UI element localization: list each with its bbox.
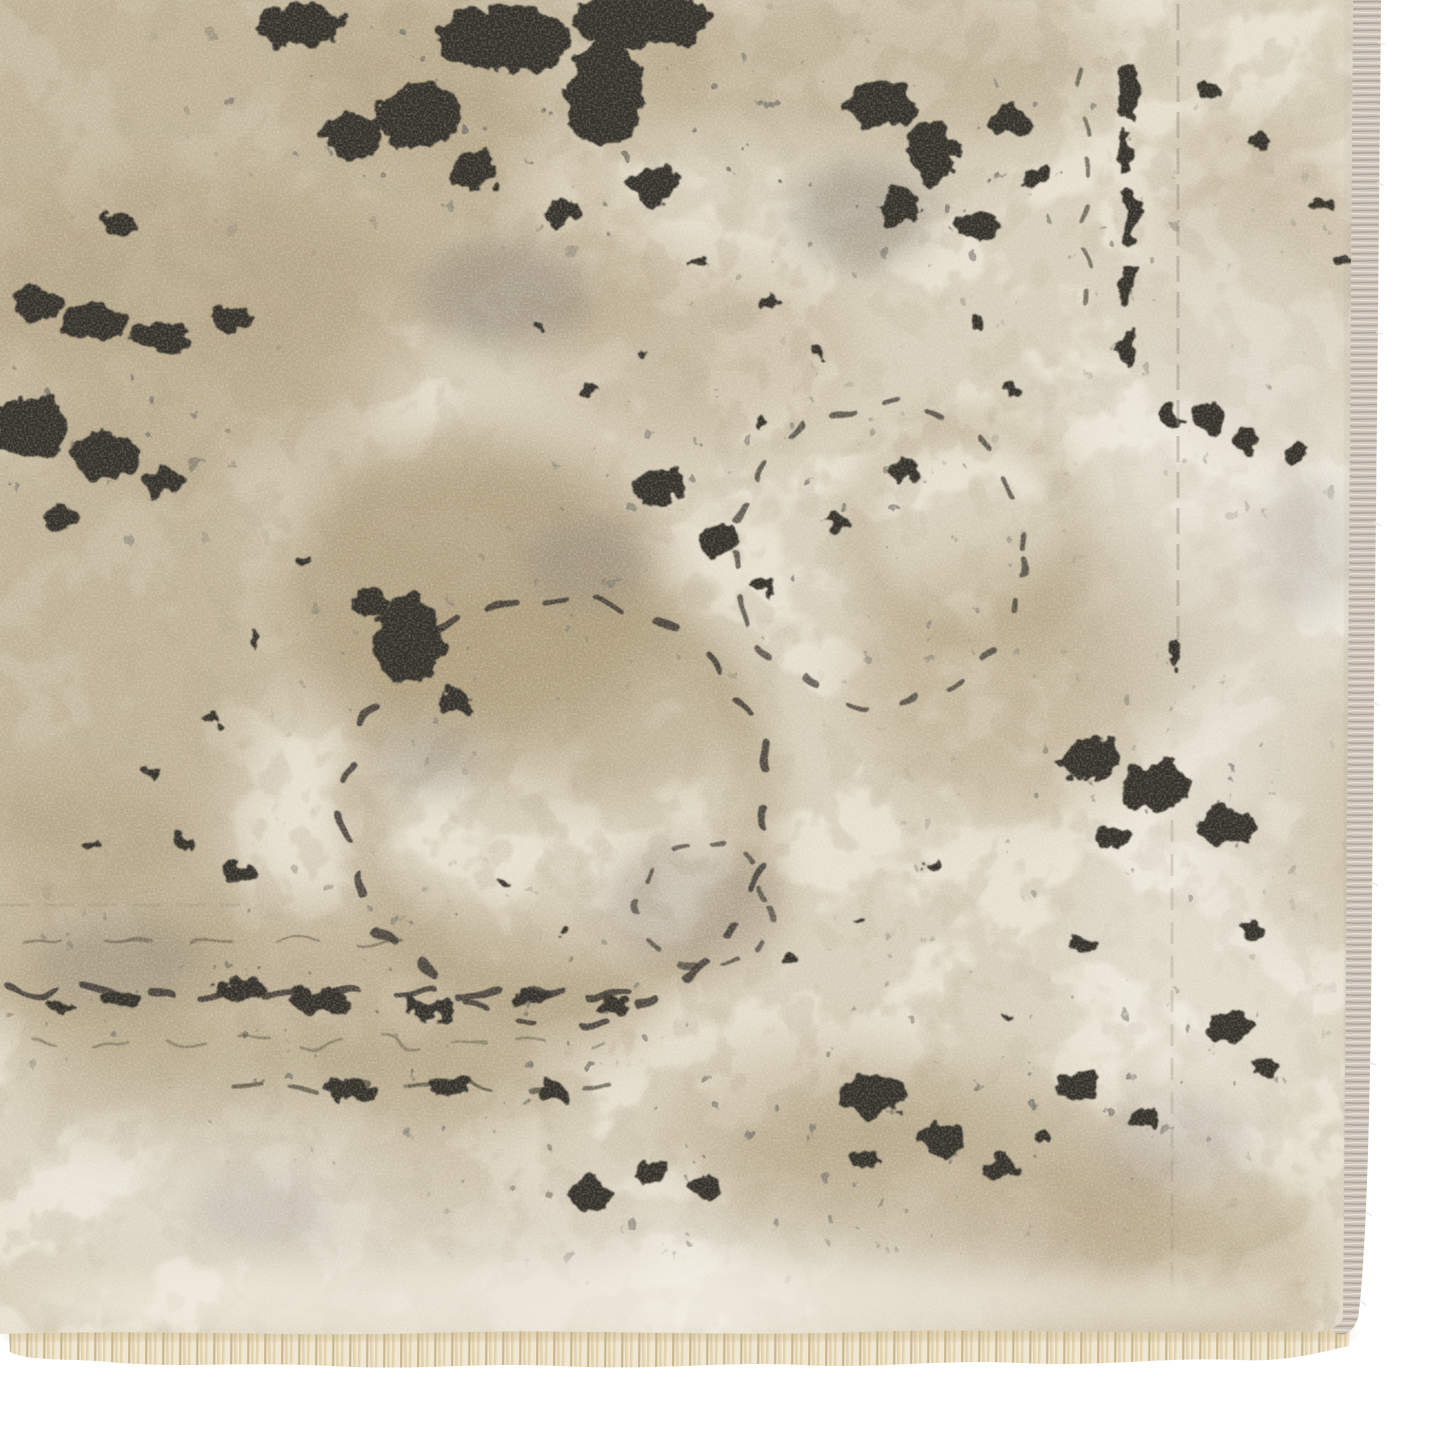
pile-bottom-sheen	[20, 1262, 1300, 1342]
pile-grain-shadows	[0, 0, 1445, 1445]
rug-pile	[0, 0, 1445, 1445]
photo-stage: Corner of a distressed vintage-style are…	[0, 0, 1445, 1445]
rug-photo: Corner of a distressed vintage-style are…	[0, 0, 1445, 1445]
